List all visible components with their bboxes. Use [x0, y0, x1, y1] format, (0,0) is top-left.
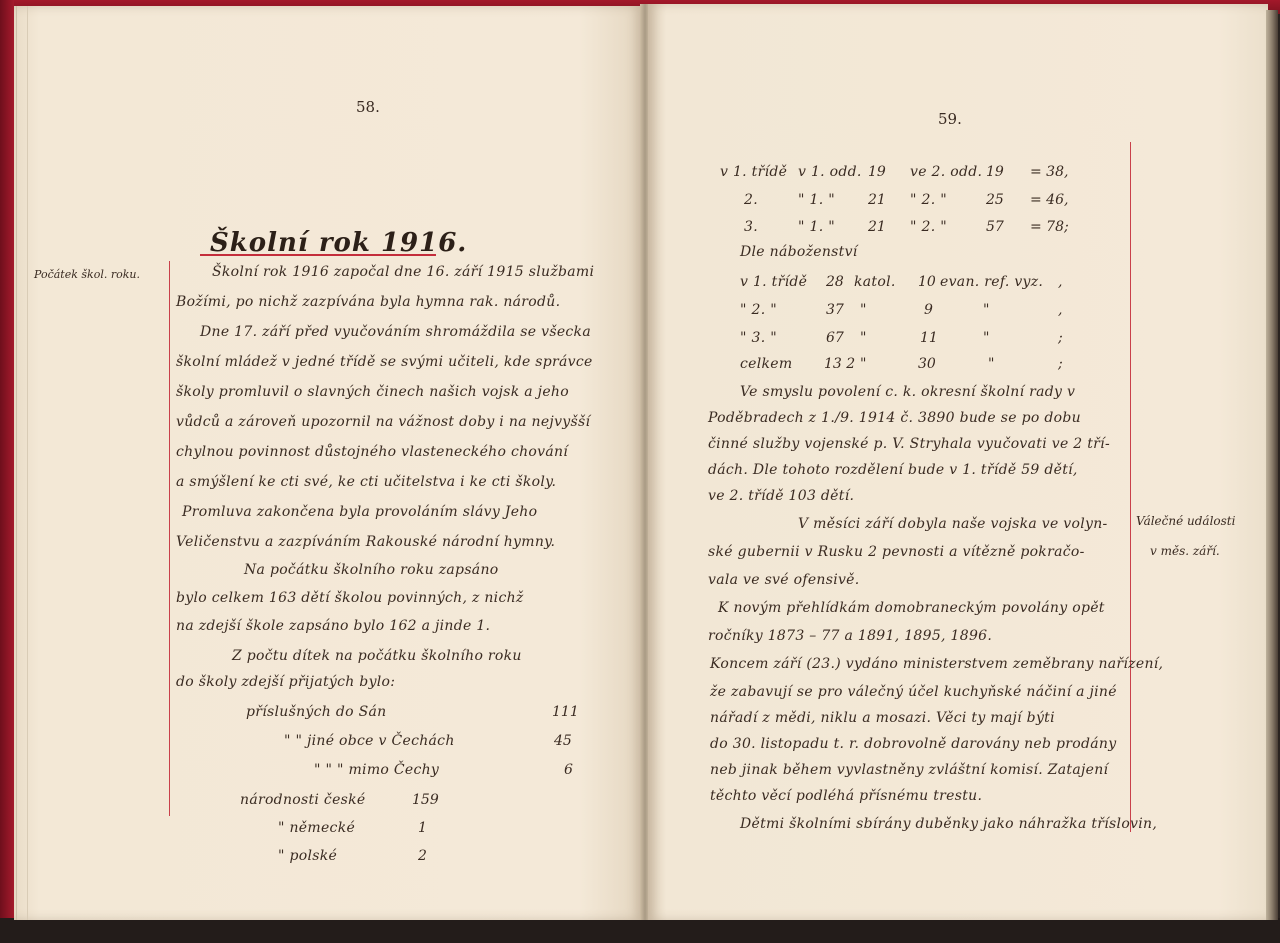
text-line: Na počátku školního roku zapsáno: [244, 562, 499, 578]
text-line: bylo celkem 163 dětí školou povinných, z…: [176, 590, 524, 606]
religion-evangelical: 11: [920, 330, 938, 346]
religion-end: ;: [1058, 330, 1063, 346]
origin-value: 6: [564, 762, 573, 778]
text-line: V měsíci září dobyla naše vojska ve voly…: [798, 516, 1108, 532]
religion-evangelical-label: ": [983, 330, 990, 346]
class-a-label: " 1. ": [798, 219, 835, 235]
text-line: nářadí z mědi, niklu a mosazi. Věci ty m…: [710, 710, 1055, 726]
class-b-label: ve 2. odd.: [910, 164, 982, 180]
text-line: K novým přehlídkám domobraneckým povolán…: [718, 600, 1105, 616]
text-line: školní mládež v jedné třídě se svými uči…: [176, 354, 593, 370]
class-total: = 38,: [1030, 164, 1068, 180]
religion-catholic: 28: [826, 274, 844, 290]
text-line: ročníky 1873 – 77 a 1891, 1895, 1896.: [708, 628, 992, 644]
origin-label: příslušných do Sán: [246, 704, 386, 720]
text-line: že zabavují se pro válečný účel kuchyňsk…: [710, 684, 1117, 700]
religion-end: ,: [1058, 302, 1063, 318]
religion-end: ;: [1058, 356, 1063, 372]
nationality-label: " polské: [278, 848, 337, 864]
text-line: neb jinak během vyvlastněny zvláštní kom…: [710, 762, 1108, 778]
origin-value: 45: [554, 733, 572, 749]
religion-heading: Dle náboženství: [740, 244, 858, 260]
text-line: činné služby vojenské p. V. Stryhala vyu…: [708, 436, 1110, 452]
class-a-value: 21: [868, 192, 886, 208]
nationality-value: 1: [418, 820, 427, 836]
text-line: Školní rok 1916 započal dne 16. září 191…: [212, 264, 594, 280]
religion-room: v 1. třídě: [740, 274, 807, 290]
religion-catholic-label: ": [860, 356, 867, 372]
religion-evangelical-label: ": [988, 356, 995, 372]
religion-catholic-label: katol.: [854, 274, 896, 290]
left-page: 58. Počátek škol. roku. Školní rok 1916.…: [14, 6, 642, 920]
religion-evangelical: 10: [918, 274, 936, 290]
margin-rule: [1130, 142, 1131, 832]
text-line: vůdců a zároveň upozornil na vážnost dob…: [176, 414, 590, 430]
text-line: těchto věcí podléhá přísnému trestu.: [710, 788, 982, 804]
text-line: Veličenstvu a zazpíváním Rakouské národn…: [176, 534, 555, 550]
text-line: do školy zdejší přijatých bylo:: [176, 674, 395, 690]
religion-room: celkem: [740, 356, 792, 372]
class-b-label: " 2. ": [910, 219, 947, 235]
religion-evangelical-label: evan. ref. vyz.: [940, 274, 1043, 290]
class-b-value: 57: [986, 219, 1004, 235]
class-total: = 78;: [1030, 219, 1069, 235]
nationality-value: 2: [418, 848, 427, 864]
class-a-label: " 1. ": [798, 192, 835, 208]
right-page: 59. v 1. třídě v 1. odd. 19 ve 2. odd. 1…: [648, 4, 1268, 920]
origin-label: " " jiné obce v Čechách: [284, 733, 455, 749]
religion-catholic: 37: [826, 302, 844, 318]
book-cover-left: [0, 0, 14, 943]
book-cover-bottom: [0, 918, 1280, 943]
class-a-value: 21: [868, 219, 886, 235]
text-line: do 30. listopadu t. r. dobrovolně darová…: [710, 736, 1116, 752]
nationality-label: " německé: [278, 820, 355, 836]
text-line: školy promluvil o slavných činech našich…: [176, 384, 569, 400]
text-line: Z počtu dítek na počátku školního roku: [232, 648, 522, 664]
religion-room: " 3. ": [740, 330, 777, 346]
origin-value: 111: [552, 704, 579, 720]
text-line: Promluva zakončena byla provoláním slávy…: [182, 504, 537, 520]
page-number: 58.: [356, 98, 380, 116]
class-a-value: 19: [868, 164, 886, 180]
religion-evangelical: 9: [924, 302, 933, 318]
page-edge: [1266, 10, 1278, 920]
title-underline: [200, 254, 436, 256]
class-room: 2.: [744, 192, 758, 208]
text-line: a smýšlení ke cti své, ke cti učitelstva…: [176, 474, 556, 490]
margin-note: Válečné události: [1136, 514, 1235, 528]
class-b-value: 19: [986, 164, 1004, 180]
religion-evangelical: 30: [918, 356, 936, 372]
class-room: v 1. třídě: [720, 164, 787, 180]
text-line: Dne 17. září před vyučováním shromáždila…: [200, 324, 591, 340]
nationality-value: 159: [412, 792, 439, 808]
origin-label: " " " mimo Čechy: [314, 762, 439, 778]
margin-note: v měs. září.: [1150, 544, 1220, 558]
religion-room: " 2. ": [740, 302, 777, 318]
text-line: chylnou povinnost důstojného vlastenecké…: [176, 444, 568, 460]
text-line: vala ve své ofensivě.: [708, 572, 860, 588]
margin-rule: [169, 261, 170, 816]
text-line: dách. Dle tohoto rozdělení bude v 1. tří…: [708, 462, 1078, 478]
page-number: 59.: [938, 110, 962, 128]
class-b-label: " 2. ": [910, 192, 947, 208]
nationality-label: národnosti české: [240, 792, 366, 808]
religion-end: ,: [1058, 274, 1063, 290]
text-line: Dětmi školními sbírány duběnky jako náhr…: [740, 816, 1157, 832]
class-b-value: 25: [986, 192, 1004, 208]
class-a-label: v 1. odd.: [798, 164, 862, 180]
text-line: Božími, po nichž zazpívána byla hymna ra…: [176, 294, 560, 310]
margin-note: Počátek škol. roku.: [34, 268, 140, 281]
religion-catholic-label: ": [860, 330, 867, 346]
text-line: ve 2. třídě 103 dětí.: [708, 488, 854, 504]
text-line: Poděbradech z 1./9. 1914 č. 3890 bude se…: [708, 410, 1081, 426]
text-line: na zdejší škole zapsáno bylo 162 a jinde…: [176, 618, 490, 634]
religion-catholic: 67: [826, 330, 844, 346]
class-room: 3.: [744, 219, 758, 235]
text-line: Koncem září (23.) vydáno ministerstvem z…: [710, 656, 1163, 672]
text-line: ské gubernii v Rusku 2 pevnosti a vítězn…: [708, 544, 1085, 560]
text-line: Ve smyslu povolení c. k. okresní školní …: [740, 384, 1075, 400]
religion-evangelical-label: ": [983, 302, 990, 318]
class-total: = 46,: [1030, 192, 1068, 208]
religion-catholic: 13 2: [824, 356, 855, 372]
religion-catholic-label: ": [860, 302, 867, 318]
